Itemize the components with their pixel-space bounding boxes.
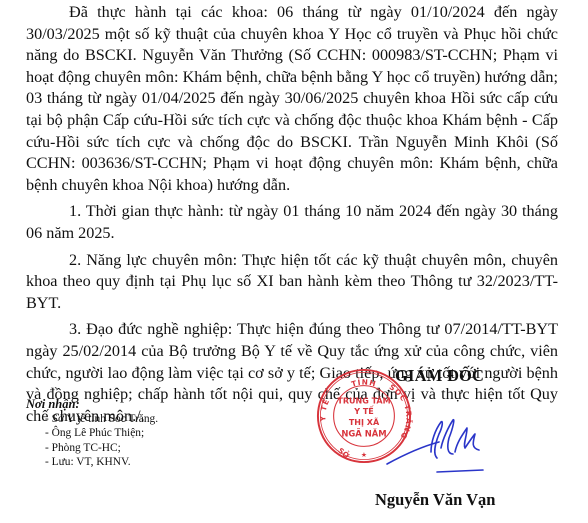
svg-text:Y TẾ: Y TẾ xyxy=(353,404,374,416)
svg-text:THỊ XÃ: THỊ XÃ xyxy=(349,416,380,427)
signer-name: Nguyễn Văn Vạn xyxy=(375,490,495,510)
recipient-item: - Sở Y tế tỉnh Sóc Trăng. xyxy=(45,412,286,426)
svg-text:TỈNH: TỈNH xyxy=(350,377,377,389)
recipients-title: Nơi nhận: xyxy=(26,396,286,412)
recipients-list: - Sở Y tế tỉnh Sóc Trăng. - Ông Lê Phúc … xyxy=(26,412,286,469)
svg-text:★: ★ xyxy=(361,451,367,459)
paragraph-practice-departments: Đã thực hành tại các khoa: 06 tháng từ n… xyxy=(26,2,558,196)
recipient-item: - Ông Lê Phúc Thiện; xyxy=(45,426,286,440)
svg-text:TRUNG TÂM: TRUNG TÂM xyxy=(337,394,390,405)
paragraph-professional-competence: 2. Năng lực chuyên môn: Thực hiện tốt cá… xyxy=(26,250,558,315)
handwritten-signature-icon xyxy=(379,412,499,482)
svg-text:SỞ: SỞ xyxy=(336,445,352,461)
recipient-item: - Lưu: VT, KHNV. xyxy=(45,455,286,469)
paragraph-practice-time: 1. Thời gian thực hành: từ ngày 01 tháng… xyxy=(26,201,558,244)
recipient-item: - Phòng TC-HC; xyxy=(45,441,286,455)
signature-block: GIÁM ĐỐC TỈNH Y TẾ SÓC TRĂNG SỞ TRUNG TÂ… xyxy=(315,362,555,522)
recipients-block: Nơi nhận: - Sở Y tế tỉnh Sóc Trăng. - Ôn… xyxy=(26,396,286,469)
